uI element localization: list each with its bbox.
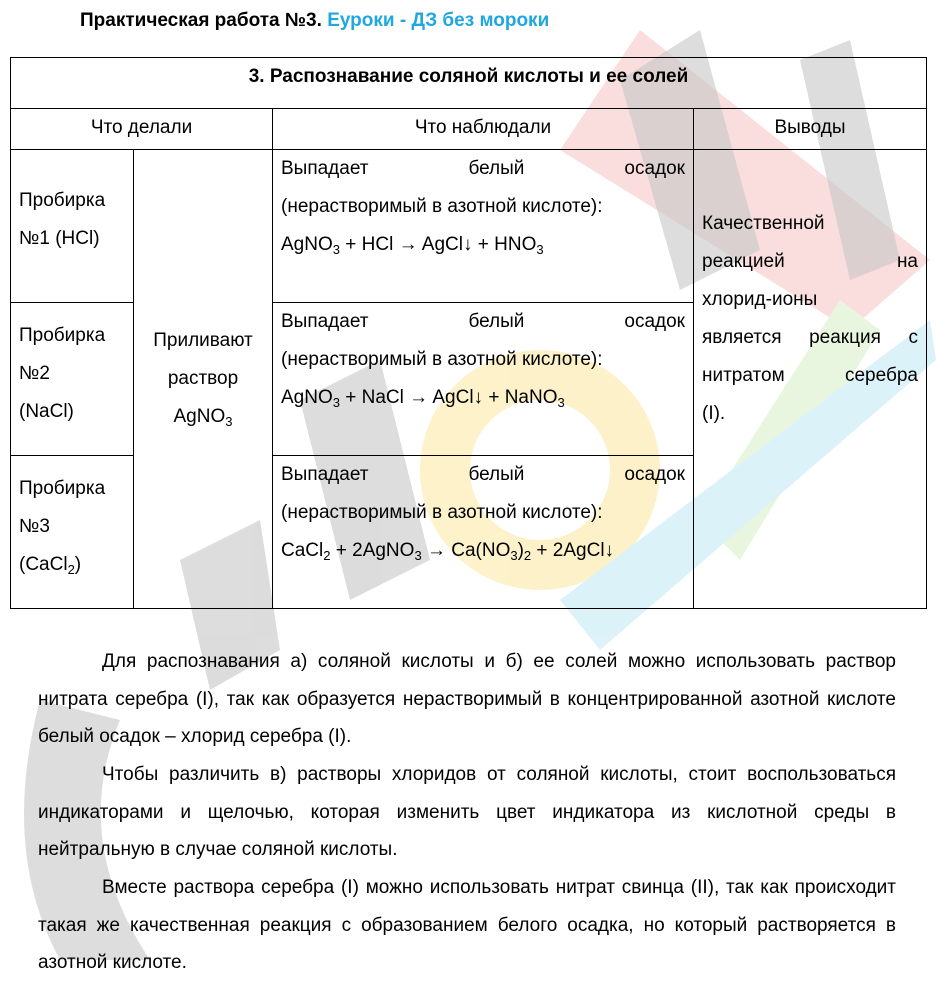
- column-header-observed: Что наблюдали: [273, 109, 694, 150]
- tube-cell: Пробирка №1 (HCl): [11, 150, 134, 303]
- equation: AgNO3 + HCl → AgCl↓ + HNO3: [281, 226, 685, 264]
- page-title: Практическая работа №3. Еуроки - ДЗ без …: [80, 10, 549, 32]
- observation-cell: Выпадаетбелыйосадок (нерастворимый в азо…: [273, 303, 694, 456]
- paragraph-2: Чтобы различить в) растворы хлоридов от …: [38, 756, 896, 869]
- tube-cell: Пробирка №2 (NaCl): [11, 303, 134, 456]
- action-cell: Приливают раствор AgNO3: [134, 150, 273, 609]
- results-table: 3. Распознавание соляной кислоты и ее со…: [10, 57, 927, 609]
- paragraph-1: Для распознавания а) соляной кислоты и б…: [38, 643, 896, 756]
- paragraph-3: Вместе раствора серебра (I) можно исполь…: [38, 869, 896, 982]
- column-header-done: Что делали: [11, 109, 273, 150]
- equation: AgNO3 + NaCl → AgCl↓ + NaNO3: [281, 379, 685, 417]
- observation-cell: Выпадаетбелыйосадок (нерастворимый в азо…: [273, 456, 694, 609]
- table-row: Пробирка №1 (HCl) Приливают раствор AgNO…: [11, 150, 927, 303]
- column-header-conclusions: Выводы: [694, 109, 927, 150]
- brand-link[interactable]: Еуроки - ДЗ без мороки: [327, 10, 549, 31]
- tube-cell: Пробирка №3 (CaCl2): [11, 456, 134, 609]
- equation: CaCl2 + 2AgNO3 → Ca(NO3)2 + 2AgCl↓: [281, 532, 685, 570]
- table-heading: 3. Распознавание соляной кислоты и ее со…: [11, 58, 927, 109]
- observation-cell: Выпадаетбелыйосадок (нерастворимый в азо…: [273, 150, 694, 303]
- title-text: Практическая работа №3.: [80, 10, 322, 31]
- conclusion-cell: Качественной реакциейна хлорид-ионы явля…: [694, 150, 927, 609]
